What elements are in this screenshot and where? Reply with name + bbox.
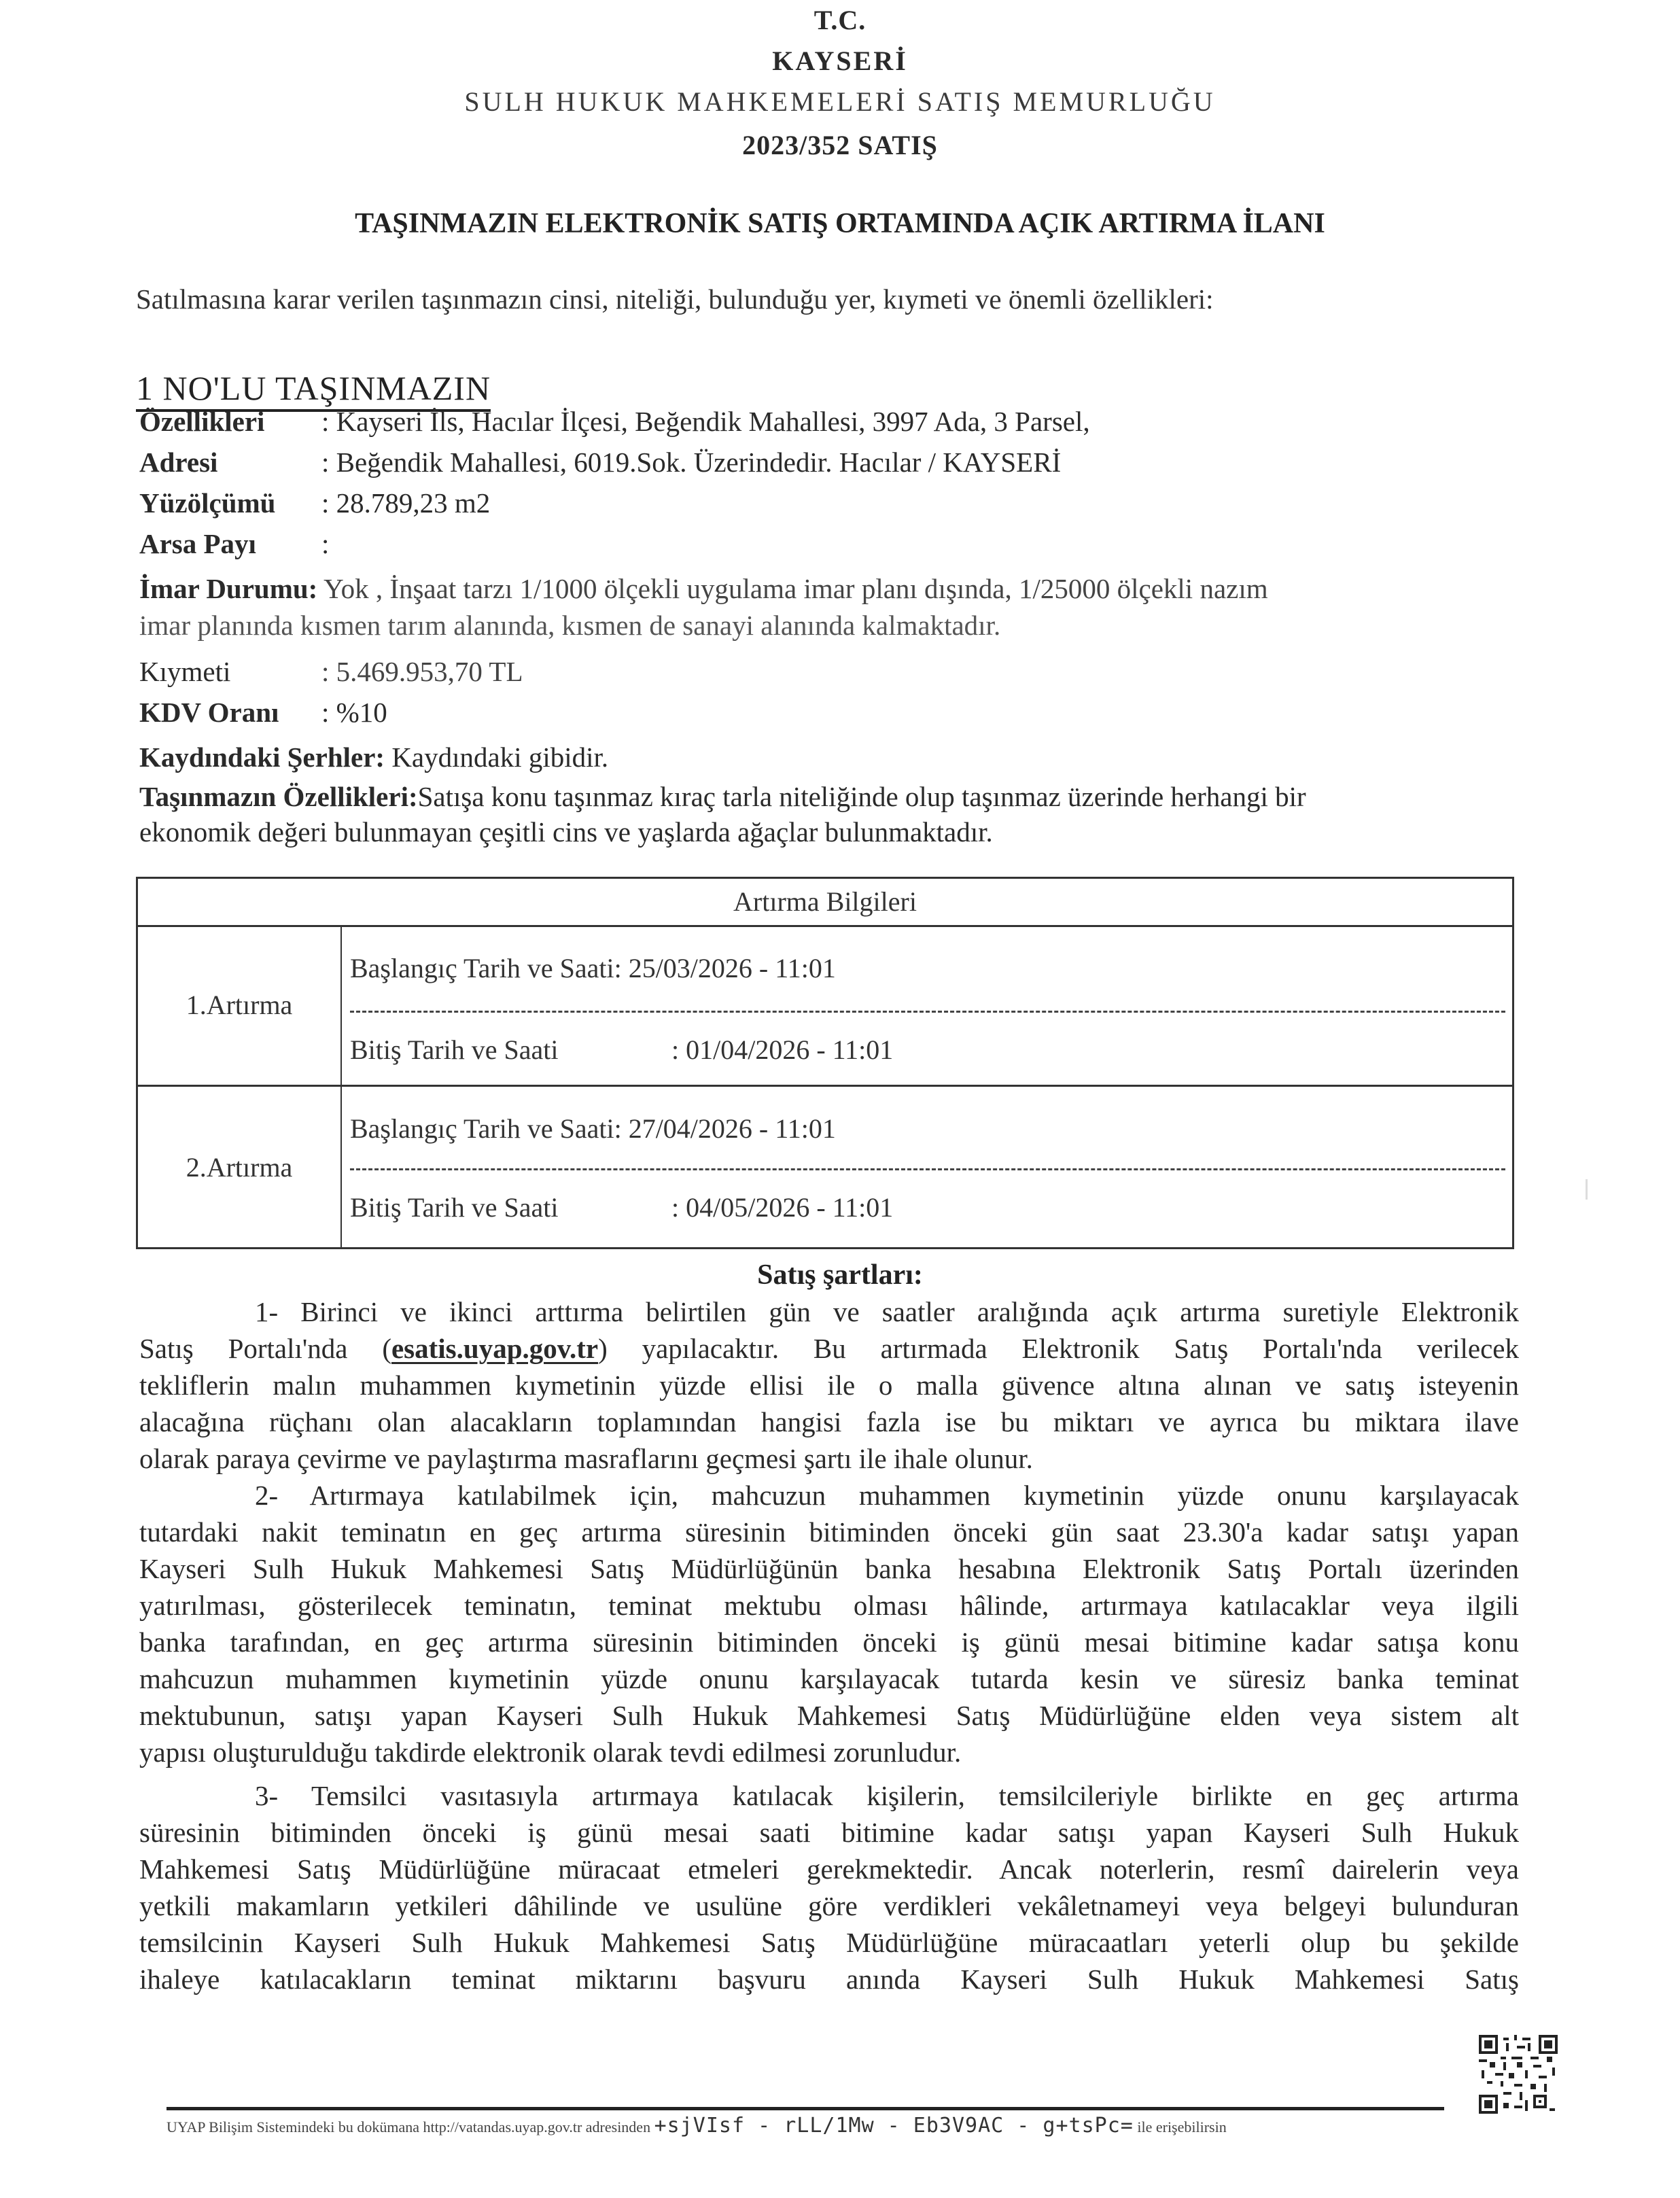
header-tc: T.C.: [0, 4, 1680, 36]
auction-row-2: 2.Artırma Başlangıç Tarih ve Saati: 27/0…: [138, 1087, 1512, 1247]
condition-1-line: olarak paraya çevirme ve paylaştırma mas…: [139, 1442, 1519, 1475]
condition-2-line: yatırılması, gösterilecek teminatın, tem…: [139, 1589, 1519, 1622]
field-value: : Beğendik Mahallesi, 6019.Sok. Üzerinde…: [321, 447, 1061, 478]
auction-table-header: Artırma Bilgileri: [138, 879, 1512, 927]
field-label: Kaydındaki Şerhler:: [139, 741, 385, 773]
start-value: : 27/04/2026 - 11:01: [614, 1113, 836, 1144]
field-value: : 5.469.953,70 TL: [321, 656, 523, 687]
field-label: Kıymeti: [139, 655, 321, 688]
field-value: : 28.789,23 m2: [321, 487, 490, 519]
esatis-link[interactable]: esatis.uyap.gov.tr: [391, 1333, 598, 1364]
condition-3-line: Mahkemesi Satış Müdürlüğüne müracaat etm…: [139, 1853, 1519, 1885]
field-label: İmar Durumu:: [139, 572, 317, 605]
qr-code-icon: [1479, 2035, 1558, 2114]
header-case-number: 2023/352 SATIŞ: [0, 129, 1680, 161]
field-adresi: Adresi: Beğendik Mahallesi, 6019.Sok. Üz…: [139, 446, 1061, 478]
footer-prefix: UYAP Bilişim Sistemindeki bu dokümana ht…: [167, 2118, 654, 2135]
field-label: KDV Oranı: [139, 696, 321, 729]
end-label: Bitiş Tarih ve Saati: [350, 1034, 671, 1066]
dashed-separator: [350, 1011, 1505, 1013]
verification-code: +sjVIsf - rLL/1Mw - Eb3V9AC - g+tsPc=: [654, 2114, 1134, 2138]
imar-continuation: imar planında kısmen tarım alanında, kıs…: [139, 609, 1519, 642]
footer-verification: UYAP Bilişim Sistemindeki bu dokümana ht…: [167, 2114, 1227, 2138]
header-court: SULH HUKUK MAHKEMELERİ SATIŞ MEMURLUĞU: [0, 86, 1680, 118]
footer-suffix: ile erişebilirsin: [1134, 2118, 1227, 2135]
field-label: Yüzölçümü: [139, 487, 321, 519]
field-label: Adresi: [139, 446, 321, 478]
start-label: Başlangıç Tarih ve Saati: [350, 952, 614, 984]
field-value: : Kayseri İls, Hacılar İlçesi, Beğendik …: [321, 406, 1090, 437]
start-value: : 25/03/2026 - 11:01: [614, 953, 836, 983]
condition-2-line: 2- Artırmaya katılabilmek için, mahcuzun…: [255, 1479, 1519, 1512]
field-tasinmaz-ozellikleri: Taşınmazın Özellikleri:Satışa konu taşın…: [139, 780, 1306, 813]
text: Satış Portalı'nda (: [139, 1333, 391, 1364]
field-arsa-payi: Arsa Payı:: [139, 527, 329, 560]
header-city: KAYSERİ: [0, 45, 1680, 77]
condition-1-line: 1- Birinci ve ikinci arttırma belirtilen…: [255, 1295, 1519, 1328]
document-title: TAŞINMAZIN ELEKTRONİK SATIŞ ORTAMINDA AÇ…: [0, 207, 1680, 240]
field-value: Satışa konu taşınmaz kıraç tarla niteliğ…: [418, 781, 1306, 812]
auction-row-label: 2.Artırma: [138, 1087, 342, 1247]
ozellikler-continuation: ekonomik değeri bulunmayan çeşitli cins …: [139, 816, 1519, 848]
field-yuzolcumu: Yüzölçümü: 28.789,23 m2: [139, 487, 490, 519]
auction-end: Bitiş Tarih ve Saati: 01/04/2026 - 11:01: [350, 1034, 893, 1066]
condition-1-line: Satış Portalı'nda (esatis.uyap.gov.tr) y…: [139, 1332, 1519, 1365]
field-value: Yok , İnşaat tarzı 1/1000 ölçekli uygula…: [317, 573, 1267, 604]
condition-2-line: tutardaki nakit teminatın en geç artırma…: [139, 1516, 1519, 1548]
condition-3-line: temsilcinin Kayseri Sulh Hukuk Mahkemesi…: [139, 1926, 1519, 1959]
auction-row-label: 1.Artırma: [138, 925, 342, 1085]
field-value: Kaydındaki gibidir.: [385, 742, 608, 773]
auction-start: Başlangıç Tarih ve Saati: 25/03/2026 - 1…: [350, 952, 836, 984]
condition-2-line: mektubunun, satışı yapan Kayseri Sulh Hu…: [139, 1699, 1519, 1732]
field-label: Taşınmazın Özellikleri:: [139, 780, 418, 813]
field-ozellikleri: Özellikleri: Kayseri İls, Hacılar İlçesi…: [139, 405, 1090, 438]
auction-start: Başlangıç Tarih ve Saati: 27/04/2026 - 1…: [350, 1113, 836, 1145]
footer-divider: [167, 2107, 1444, 2110]
condition-1-line: tekliflerin malın muhammen kıymetinin yü…: [139, 1369, 1519, 1401]
dashed-separator: [350, 1168, 1505, 1170]
scan-margin-mark: [1586, 1179, 1588, 1200]
field-label: Arsa Payı: [139, 527, 321, 560]
field-serhler: Kaydındaki Şerhler: Kaydındaki gibidir.: [139, 741, 608, 773]
condition-2-line: Kayseri Sulh Hukuk Mahkemesi Satış Müdür…: [139, 1552, 1519, 1585]
condition-3-line: yetkili makamların yetkileri dâhilinde v…: [139, 1889, 1519, 1922]
auction-end: Bitiş Tarih ve Saati: 04/05/2026 - 11:01: [350, 1191, 893, 1223]
condition-1-line: alacağına rüçhanı olan alacakların topla…: [139, 1406, 1519, 1438]
end-value: : 01/04/2026 - 11:01: [671, 1034, 893, 1065]
end-value: : 04/05/2026 - 11:01: [671, 1192, 893, 1223]
condition-2-line: yapısı oluşturulduğu takdirde elektronik…: [139, 1736, 1519, 1768]
condition-3-line: 3- Temsilci vasıtasıyla artırmaya katıla…: [255, 1779, 1519, 1812]
condition-2-line: banka tarafından, en geç artırma süresin…: [139, 1626, 1519, 1658]
field-label: Özellikleri: [139, 405, 321, 438]
condition-3-line: süresinin bitiminden önceki iş günü mesa…: [139, 1816, 1519, 1849]
field-imar-durumu: İmar Durumu: Yok , İnşaat tarzı 1/1000 ö…: [139, 572, 1268, 605]
end-label: Bitiş Tarih ve Saati: [350, 1191, 671, 1223]
field-kdv-orani: KDV Oranı: %10: [139, 696, 387, 729]
conditions-title: Satış şartları:: [0, 1259, 1680, 1291]
field-kiymeti: Kıymeti: 5.469.953,70 TL: [139, 655, 523, 688]
auction-row-1: 1.Artırma Başlangıç Tarih ve Saati: 25/0…: [138, 925, 1512, 1087]
auction-info-table: Artırma Bilgileri 1.Artırma Başlangıç Ta…: [136, 877, 1514, 1249]
text: ) yapılacaktır. Bu artırmada Elektronik …: [598, 1333, 1519, 1364]
condition-2-line: mahcuzun muhammen kıymetinin yüzde onunu…: [139, 1662, 1519, 1695]
intro-text: Satılmasına karar verilen taşınmazın cin…: [136, 283, 1214, 315]
field-value: :: [321, 528, 329, 559]
condition-3-line: ihaleye katılacakların teminat miktarını…: [139, 1963, 1519, 1995]
field-value: : %10: [321, 697, 387, 728]
start-label: Başlangıç Tarih ve Saati: [350, 1113, 614, 1145]
